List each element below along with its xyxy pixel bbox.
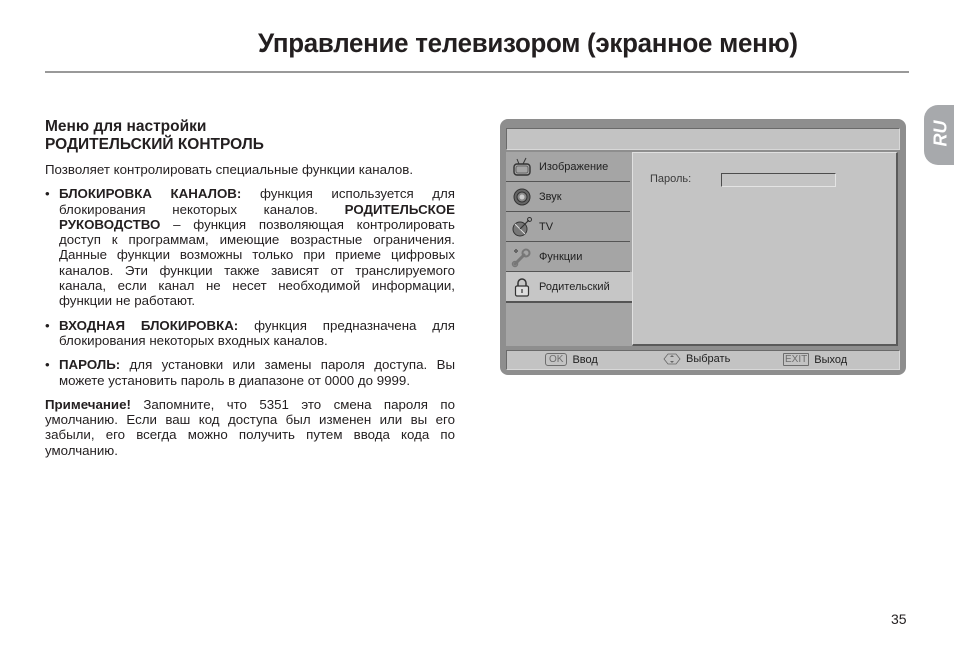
- bullet: •: [45, 357, 50, 372]
- osd-menu-item-sound[interactable]: Звук: [506, 182, 630, 212]
- navigate-arrows-icon: [663, 353, 681, 365]
- list-item: • БЛОКИРОВКА КАНАЛОВ: функция использует…: [45, 186, 455, 308]
- osd-menu-item-functions[interactable]: Функции: [506, 242, 630, 272]
- term-input-lock: ВХОДНАЯ БЛОКИРОВКА:: [59, 318, 238, 333]
- feature-list: • БЛОКИРОВКА КАНАЛОВ: функция использует…: [45, 186, 455, 388]
- section-heading-line1: Меню для настройки: [45, 118, 455, 136]
- section-heading-line2: РОДИТЕЛЬСКИЙ КОНТРОЛЬ: [45, 136, 455, 154]
- ok-hint-label: Ввод: [572, 354, 597, 366]
- ok-key-icon: OK: [545, 353, 567, 366]
- term-channel-lock: БЛОКИРОВКА КАНАЛОВ:: [59, 186, 241, 201]
- tv-icon: [511, 156, 533, 178]
- language-tab-label: RU: [931, 119, 952, 149]
- note-paragraph: Примечание! Запомните, что 5351 это смен…: [45, 397, 455, 458]
- term-password: ПАРОЛЬ:: [59, 357, 120, 372]
- bullet: •: [45, 186, 50, 201]
- title-divider: [45, 71, 909, 73]
- osd-content-panel: Пароль:: [632, 152, 898, 346]
- osd-menu-item-label: Родительский: [539, 281, 610, 293]
- intro-paragraph: Позволяет контролировать специальные фун…: [45, 162, 455, 177]
- osd-title-bar: [506, 128, 900, 150]
- exit-key-icon: EXIT: [783, 353, 809, 366]
- list-item: • ПАРОЛЬ: для установки или замены парол…: [45, 357, 455, 388]
- osd-menu-item-label: Звук: [539, 191, 562, 203]
- satellite-dish-icon: [511, 216, 533, 238]
- osd-sidebar: Изображение Звук TV Функции Родительский: [506, 152, 632, 346]
- tv-osd-menu: Изображение Звук TV Функции Родительский…: [500, 119, 906, 375]
- padlock-icon: [511, 276, 533, 298]
- speaker-icon: [511, 186, 533, 208]
- password-label: Пароль:: [650, 173, 691, 185]
- bullet: •: [45, 318, 50, 333]
- note-label: Примечание!: [45, 397, 131, 412]
- osd-footer-bar: OK Ввод Выбрать EXIT Выход: [506, 350, 900, 370]
- osd-menu-item-parental[interactable]: Родительский: [506, 272, 635, 303]
- list-item: • ВХОДНАЯ БЛОКИРОВКА: функция предназнач…: [45, 318, 455, 349]
- footer-exit-hint: EXIT Выход: [783, 353, 847, 366]
- osd-menu-item-label: TV: [539, 221, 553, 233]
- password-field[interactable]: [721, 173, 836, 187]
- page-number: 35: [891, 611, 907, 627]
- osd-menu-item-picture[interactable]: Изображение: [506, 152, 630, 182]
- navigate-hint-label: Выбрать: [686, 353, 730, 365]
- osd-menu-item-tv[interactable]: TV: [506, 212, 630, 242]
- page-title: Управление телевизором (экранное меню): [258, 28, 882, 59]
- footer-navigate-hint: Выбрать: [663, 353, 730, 365]
- footer-ok-hint: OK Ввод: [545, 353, 598, 366]
- exit-hint-label: Выход: [814, 354, 847, 366]
- osd-menu-item-label: Изображение: [539, 161, 608, 173]
- wrench-icon: [511, 246, 533, 268]
- section-heading: Меню для настройки РОДИТЕЛЬСКИЙ КОНТРОЛЬ: [45, 118, 455, 154]
- language-tab: RU: [924, 105, 954, 165]
- section-body: Меню для настройки РОДИТЕЛЬСКИЙ КОНТРОЛЬ…: [45, 118, 455, 467]
- osd-menu-item-label: Функции: [539, 251, 582, 263]
